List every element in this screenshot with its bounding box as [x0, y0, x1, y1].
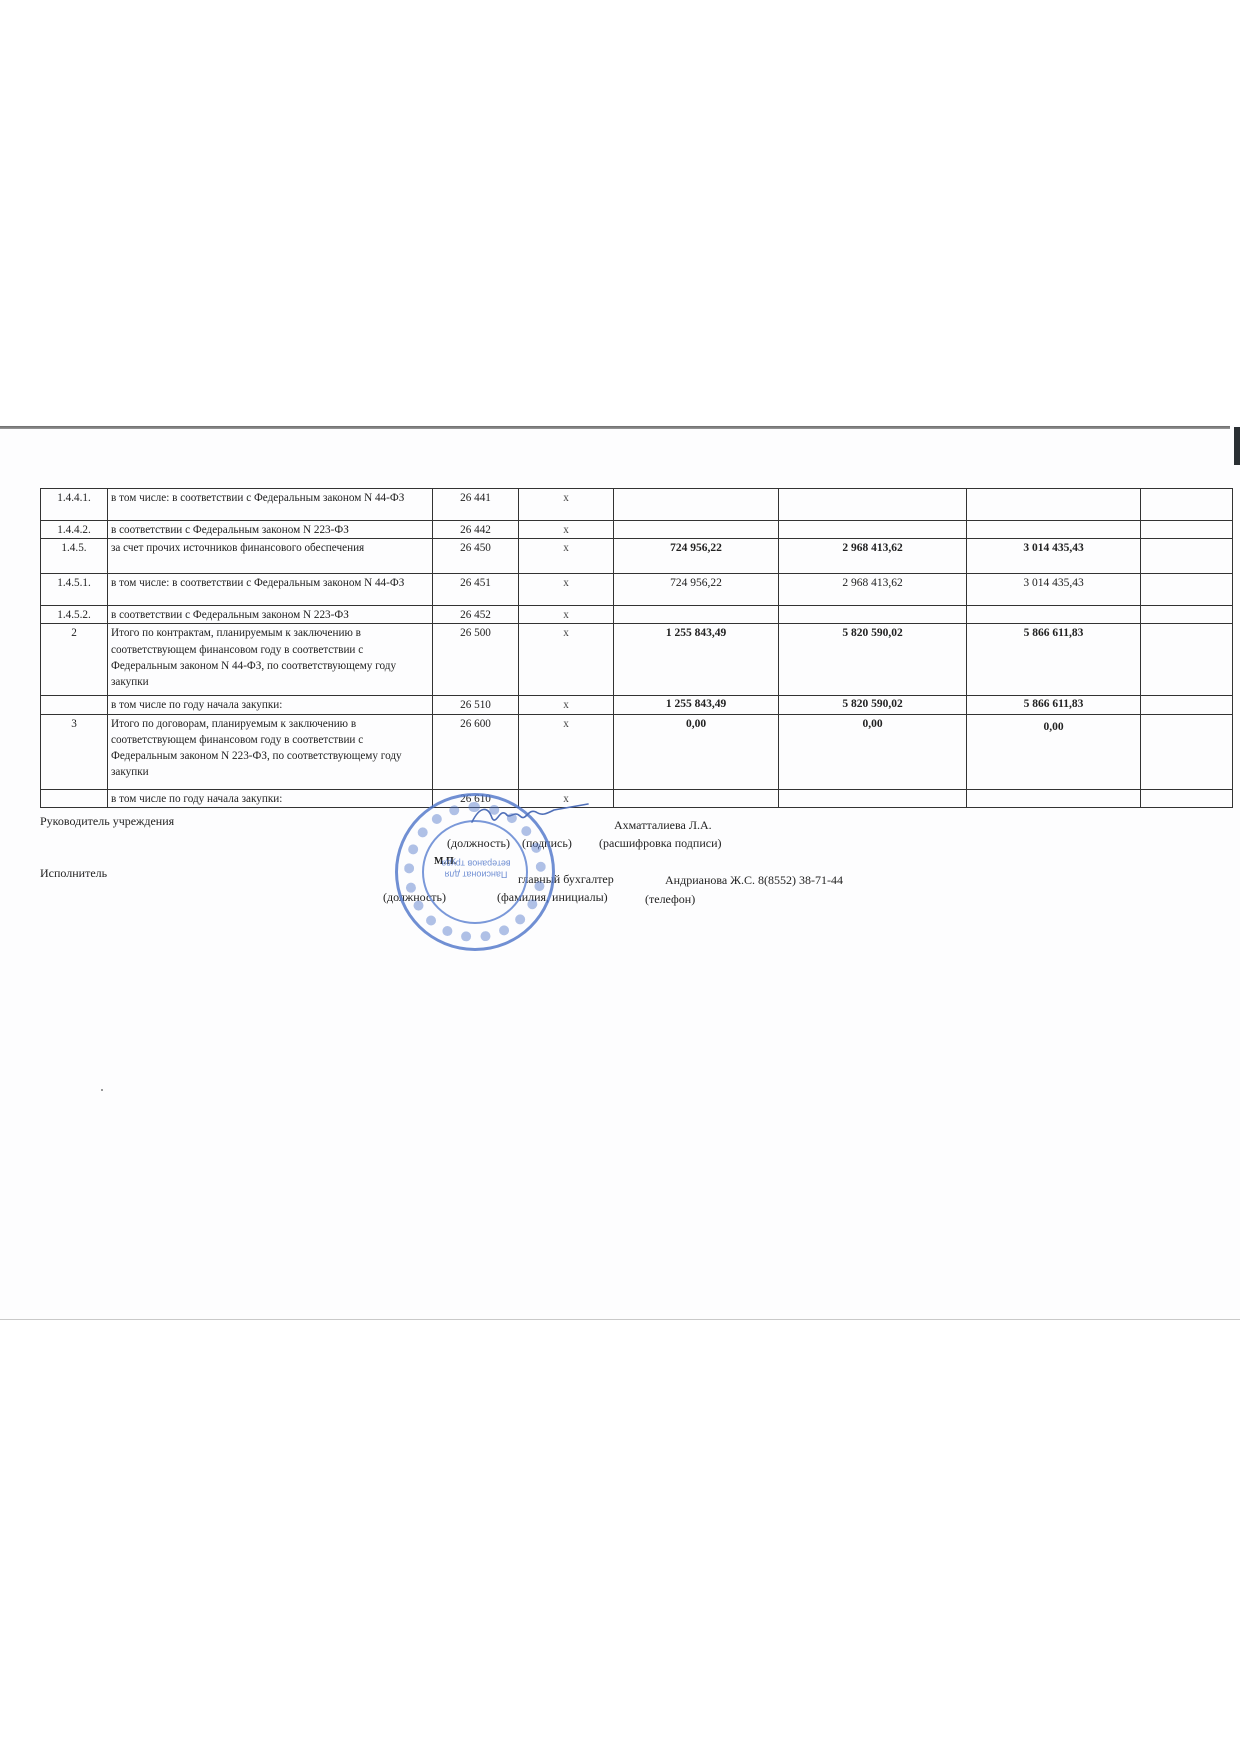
scan-top-edge [0, 426, 1230, 429]
row-value-3: 5 866 611,83 [967, 624, 1141, 696]
row-value-2: 5 820 590,02 [779, 624, 967, 696]
row-value-1 [614, 521, 779, 539]
seal-center-text: Пансионат для ветеранов труда [436, 858, 516, 880]
row-code: 26 451 [433, 574, 519, 606]
row-value-1 [614, 606, 779, 624]
row-description: за счет прочих источников финансового об… [108, 539, 433, 574]
row-value-2 [779, 606, 967, 624]
row-value-1 [614, 789, 779, 807]
row-value-2 [779, 789, 967, 807]
row-value-1: 724 956,22 [614, 574, 779, 606]
row-x-mark: x [519, 606, 614, 624]
row-value-1: 724 956,22 [614, 539, 779, 574]
row-value-1: 1 255 843,49 [614, 624, 779, 696]
row-number: 1.4.5. [41, 539, 108, 574]
row-description: в том числе: в соответствии с Федеральны… [108, 574, 433, 606]
row-value-2 [779, 489, 967, 521]
row-value-3 [967, 489, 1141, 521]
row-value-2 [779, 521, 967, 539]
row-value-4 [1141, 606, 1233, 624]
row-value-1 [614, 489, 779, 521]
table-row: 3 Итого по договорам, планируемым к закл… [41, 714, 1233, 789]
scan-right-edge [1234, 427, 1240, 465]
row-value-1: 0,00 [614, 714, 779, 789]
head-name-caption: (расшифровка подписи) [599, 836, 722, 851]
row-value-4 [1141, 789, 1233, 807]
row-value-3: 3 014 435,43 [967, 539, 1141, 574]
row-description: Итого по договорам, планируемым к заключ… [108, 714, 433, 789]
row-x-mark: x [519, 696, 614, 714]
row-description: в соответствии с Федеральным законом N 2… [108, 521, 433, 539]
row-x-mark: x [519, 714, 614, 789]
row-code: 26 442 [433, 521, 519, 539]
table-row: 1.4.4.2. в соответствии с Федеральным за… [41, 521, 1233, 539]
table-row: 2 Итого по контрактам, планируемым к зак… [41, 624, 1233, 696]
executor-phone-caption: (телефон) [645, 892, 695, 907]
row-code: 26 450 [433, 539, 519, 574]
row-description: в том числе: в соответствии с Федеральны… [108, 489, 433, 521]
row-number: 1.4.4.1. [41, 489, 108, 521]
row-number [41, 696, 108, 714]
table-row: 1.4.4.1. в том числе: в соответствии с Ф… [41, 489, 1233, 521]
row-value-3: 3 014 435,43 [967, 574, 1141, 606]
row-value-2: 2 968 413,62 [779, 539, 967, 574]
table-row: 1.4.5.1. в том числе: в соответствии с Ф… [41, 574, 1233, 606]
row-description: в том числе по году начала закупки: [108, 696, 433, 714]
row-number: 1.4.5.2. [41, 606, 108, 624]
row-number: 2 [41, 624, 108, 696]
table-row: 1.4.5. за счет прочих источников финансо… [41, 539, 1233, 574]
head-of-institution-label: Руководитель учреждения [40, 814, 174, 829]
row-value-2: 2 968 413,62 [779, 574, 967, 606]
executor-name-phone: Андрианова Ж.С. 8(8552) 38-71-44 [665, 873, 843, 888]
row-value-4 [1141, 521, 1233, 539]
row-value-2: 0,00 [779, 714, 967, 789]
table-row: в том числе по году начала закупки: 26 6… [41, 789, 1233, 807]
row-number: 1.4.5.1. [41, 574, 108, 606]
row-value-4 [1141, 624, 1233, 696]
handwritten-signature-icon [470, 802, 590, 828]
row-value-4 [1141, 489, 1233, 521]
procurement-plan-table: 1.4.4.1. в том числе: в соответствии с Ф… [40, 488, 1233, 808]
row-code: 26 510 [433, 696, 519, 714]
row-x-mark: x [519, 539, 614, 574]
row-description: в том числе по году начала закупки: [108, 789, 433, 807]
row-x-mark: x [519, 521, 614, 539]
head-name: Ахматталиева Л.А. [614, 818, 712, 833]
row-value-2: 5 820 590,02 [779, 696, 967, 714]
row-value-3: 0,00 [967, 714, 1141, 789]
row-number: 1.4.4.2. [41, 521, 108, 539]
row-x-mark: x [519, 489, 614, 521]
row-description: Итого по контрактам, планируемым к заклю… [108, 624, 433, 696]
row-value-3 [967, 521, 1141, 539]
row-description: в соответствии с Федеральным законом N 2… [108, 606, 433, 624]
row-code: 26 600 [433, 714, 519, 789]
row-value-1: 1 255 843,49 [614, 696, 779, 714]
row-value-4 [1141, 714, 1233, 789]
row-x-mark: x [519, 624, 614, 696]
row-code: 26 441 [433, 489, 519, 521]
row-value-3 [967, 606, 1141, 624]
row-number [41, 789, 108, 807]
row-x-mark: x [519, 574, 614, 606]
table-row: 1.4.5.2. в соответствии с Федеральным за… [41, 606, 1233, 624]
row-value-3: 5 866 611,83 [967, 696, 1141, 714]
row-value-3 [967, 789, 1141, 807]
row-code: 26 500 [433, 624, 519, 696]
scan-speck [101, 1089, 103, 1091]
scan-bottom-edge [0, 1319, 1240, 1320]
executor-label: Исполнитель [40, 866, 107, 881]
row-code: 26 452 [433, 606, 519, 624]
row-value-4 [1141, 539, 1233, 574]
row-number: 3 [41, 714, 108, 789]
row-value-4 [1141, 696, 1233, 714]
table-row: в том числе по году начала закупки: 26 5… [41, 696, 1233, 714]
row-value-4 [1141, 574, 1233, 606]
